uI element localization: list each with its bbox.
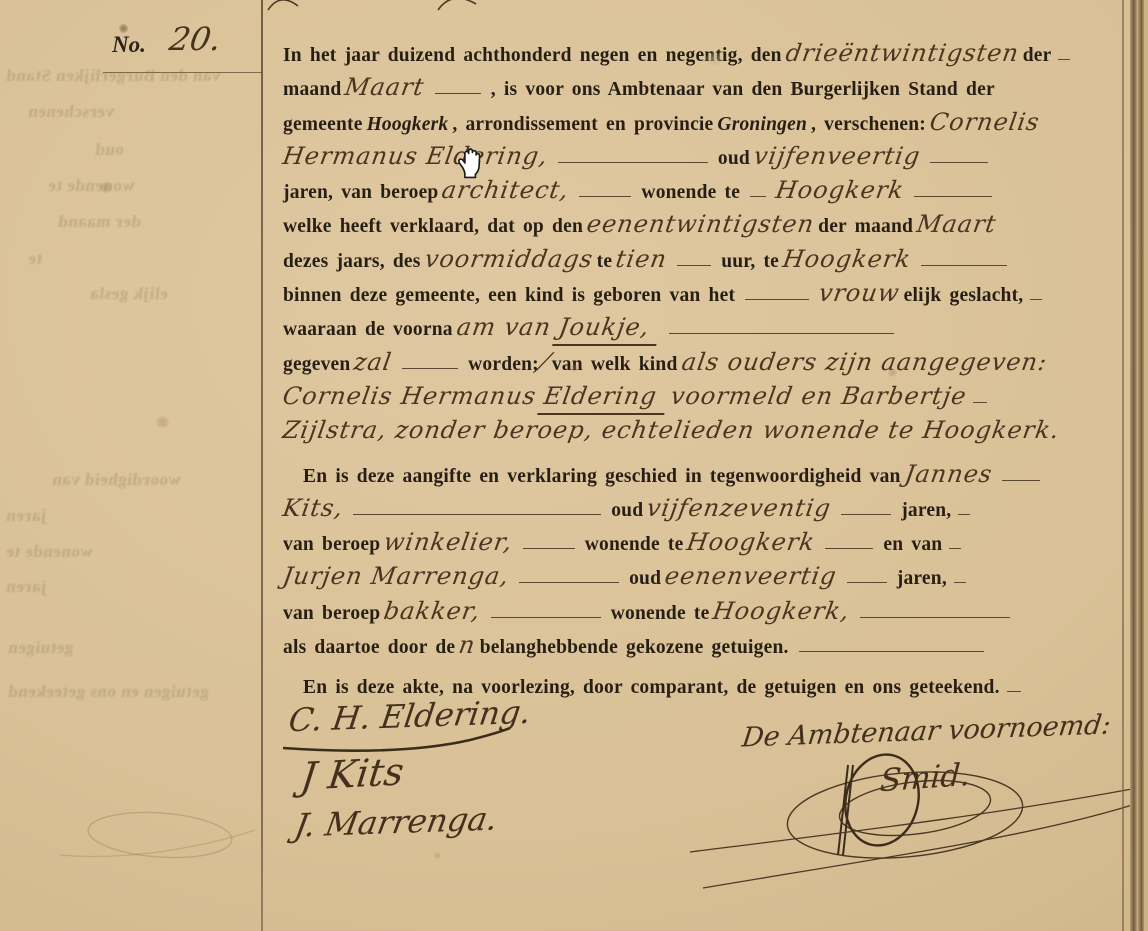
blank-rule <box>1002 468 1040 481</box>
bleedthrough-text: van den Burgerlijken Stand <box>5 66 222 86</box>
blank-rule <box>921 253 1007 266</box>
page-edge-line <box>1122 0 1124 931</box>
dash-rule <box>958 502 970 515</box>
handwritten-text: winkelier, <box>382 525 516 559</box>
printed-text: van beroep <box>283 534 380 555</box>
bleedthrough-text: jaren <box>5 577 48 597</box>
act-body-text: In het jaar duizend achthonderd negen en… <box>283 36 1111 706</box>
act-line: In het jaar duizend achthonderd negen en… <box>283 36 1111 70</box>
bleedthrough-text: wonende te <box>5 542 94 562</box>
blank-rule <box>799 639 984 652</box>
printed-text: En is deze akte, na voorlezing, door com… <box>303 677 1000 698</box>
act-line: gegeven zal worden; ⁄ van welk kind als … <box>283 345 1111 379</box>
paper-stain <box>888 368 897 377</box>
printed-text: jaren, <box>897 568 947 589</box>
dash-rule <box>1030 287 1042 300</box>
handwritten-text: drieëntwintigsten <box>783 36 1021 70</box>
handwritten-underlined-text: Joukje, <box>552 310 662 346</box>
signature-witness-1: J Kits <box>298 749 406 799</box>
blank-rule <box>825 536 873 549</box>
act-line: welke heeft verklaard, dat op den eenent… <box>283 207 1111 241</box>
blank-rule <box>435 81 481 94</box>
handwritten-text: Hoogkerk <box>685 525 818 559</box>
page-edge-strip <box>1144 0 1148 931</box>
signature-official: Smid. <box>879 757 972 800</box>
blank-rule <box>841 502 891 515</box>
act-line: maand Maart , is voor ons Ambtenaar van … <box>283 70 1111 104</box>
printed-italic-text: Groningen <box>717 114 807 135</box>
handwritten-text: Cornelis <box>927 105 1042 139</box>
blank-rule <box>860 605 1010 618</box>
paper-stain <box>434 852 441 859</box>
printed-text: belanghebbende gekozene getuigen. <box>480 637 789 658</box>
bleedthrough-text: getuigen en ons geteekend <box>7 682 210 702</box>
bleedthrough-text: der maand <box>57 212 142 232</box>
blank-rule <box>558 150 708 163</box>
handwritten-text: voormiddags <box>422 242 596 276</box>
act-line: als daartoe door de n belanghebbende gek… <box>283 628 1111 662</box>
printed-text: maand <box>283 79 341 100</box>
printed-text: te <box>597 251 613 272</box>
act-line: waaraan de voorna am van Joukje, <box>283 310 1111 344</box>
printed-text: worden; <box>468 354 539 375</box>
printed-text: uur, te <box>721 251 779 272</box>
page-binding-edge <box>1130 0 1144 931</box>
open-hand-cursor-icon <box>452 145 488 181</box>
margin-divider-rule <box>261 0 263 931</box>
printed-text: wonende te <box>585 534 684 555</box>
handwritten-text: vijfenveertig <box>751 139 923 173</box>
act-number-value: 20. <box>167 20 225 58</box>
handwritten-text: tien <box>613 242 669 276</box>
handwritten-text: Hoogkerk <box>780 242 913 276</box>
printed-text: oud <box>718 148 750 169</box>
printed-text: , is voor ons Ambtenaar van den Burgerli… <box>491 79 995 100</box>
printed-text: jaren, <box>901 500 951 521</box>
bleedthrough-text: getuigen <box>7 638 74 658</box>
paper-stain <box>156 416 169 428</box>
dash-rule <box>949 536 961 549</box>
bleedthrough-text: verschenen <box>27 102 115 122</box>
handwritten-text: als ouders zijn aangegeven: <box>679 345 1050 379</box>
handwritten-text: Hoogkerk <box>773 173 906 207</box>
printed-text: En is deze aangifte en verklaring geschi… <box>303 466 901 487</box>
handwritten-text: bakker, <box>382 594 484 628</box>
handwritten-text: Maart <box>914 207 999 241</box>
act-line: Cornelis Hermanus Eldering voormeld en B… <box>283 379 1111 413</box>
blank-rule <box>519 570 619 583</box>
printed-text: binnen deze gemeente, een kind is gebore… <box>283 285 735 306</box>
printed-text: gegeven <box>283 354 350 375</box>
printed-text: der <box>1023 45 1052 66</box>
blank-rule <box>847 570 887 583</box>
signature-father: C. H. Eldering. <box>286 693 533 740</box>
printed-text: , verschenen: <box>811 114 926 135</box>
printed-text: oud <box>611 500 643 521</box>
printed-text: en van <box>883 534 942 555</box>
printed-text: dezes jaars, des <box>283 251 421 272</box>
dash-rule <box>954 570 966 583</box>
bleedthrough-text: oud <box>94 140 125 160</box>
handwritten-text: eenenveertig <box>662 559 839 593</box>
handwritten-text: Kits, <box>280 491 346 525</box>
act-line: dezes jaars, des voormiddags te tien uur… <box>283 242 1111 276</box>
printed-text: wonende te <box>641 182 740 203</box>
blank-rule <box>930 150 988 163</box>
printed-text: , arrondissement en provincie <box>452 114 713 135</box>
blank-rule <box>677 253 711 266</box>
handwritten-text: Hoogkerk, <box>711 594 853 628</box>
handwritten-text: am van <box>454 310 553 344</box>
act-line: binnen deze gemeente, een kind is gebore… <box>283 276 1111 310</box>
act-line: Zijlstra, zonder beroep, echtelieden won… <box>283 413 1111 447</box>
dash-rule <box>973 390 987 403</box>
act-number-label: No. <box>112 32 146 58</box>
act-line: jaren, van beroep architect, wonende te … <box>283 173 1111 207</box>
handwritten-text: n <box>457 628 479 662</box>
handwritten-text: ⁄ <box>540 345 550 379</box>
handwritten-underlined-text: Eldering <box>537 379 669 415</box>
blank-rule <box>745 287 809 300</box>
blank-rule <box>523 536 575 549</box>
printed-text: elijk geslacht, <box>904 285 1024 306</box>
printed-text: oud <box>629 568 661 589</box>
paper-stain <box>119 24 128 33</box>
handwritten-text: Cornelis Hermanus <box>280 379 539 413</box>
printed-text: wonende te <box>611 603 710 624</box>
handwritten-text: Hermanus Eldering, <box>280 139 550 173</box>
act-line: Jurjen Marrenga, oud eenenveertig jaren, <box>283 559 1111 593</box>
birth-certificate-scan: No. 20. van den Burgerlijken Standversch… <box>0 0 1148 931</box>
dash-rule <box>1007 679 1021 692</box>
blank-rule <box>491 605 601 618</box>
handwritten-text: zal <box>352 345 395 379</box>
printed-italic-text: Hoogkerk <box>367 114 449 135</box>
bleedthrough-text: jaren <box>5 506 48 526</box>
printed-text: jaren, van beroep <box>283 182 438 203</box>
dash-rule <box>1058 47 1070 60</box>
printed-text: van beroep <box>283 603 380 624</box>
bleedthrough-text: te <box>27 249 43 269</box>
paper-stain <box>100 182 112 193</box>
act-line: En is deze aangifte en verklaring geschi… <box>283 457 1111 491</box>
handwritten-text: Zijlstra, zonder beroep, echtelieden won… <box>280 413 1062 447</box>
act-line: gemeente Hoogkerk , arrondissement en pr… <box>283 105 1111 139</box>
signature-witness-2: J. Marrenga. <box>292 799 501 844</box>
blank-rule <box>669 321 894 334</box>
bleedthrough-text: elijk gesla <box>89 284 169 304</box>
blank-rule <box>353 502 601 515</box>
act-line: Hermanus Eldering, oud vijfenveertig <box>283 139 1111 173</box>
handwritten-text: voormeld en Barbertje <box>668 379 969 413</box>
paper-stain <box>706 52 722 66</box>
handwritten-text: vrouw <box>816 276 902 310</box>
blank-rule <box>579 184 631 197</box>
handwritten-text: Jurjen Marrenga, <box>280 559 512 593</box>
blank-rule <box>402 356 458 369</box>
printed-text: welke heeft verklaard, dat op den <box>283 216 583 237</box>
paper-stain <box>570 364 578 372</box>
printed-text: der maand <box>818 216 913 237</box>
bleedthrough-text: wonende te <box>47 176 136 196</box>
handwritten-text: vijfenzeventig <box>645 491 834 525</box>
handwritten-text: Maart <box>343 70 428 104</box>
act-line: van beroep bakker, wonende te Hoogkerk, <box>283 594 1111 628</box>
official-closing-label: De Ambtenaar voornoemd: <box>740 709 1112 753</box>
handwritten-text: Jannes <box>902 457 995 491</box>
bleedthrough-text: woordigheid van <box>51 470 182 490</box>
act-line: Kits, oud vijfenzeventig jaren, <box>283 491 1111 525</box>
handwritten-text: eenentwintigsten <box>584 207 817 241</box>
printed-text: gemeente <box>283 114 363 135</box>
printed-text: waaraan de voorna <box>283 319 453 340</box>
blank-rule <box>750 184 766 197</box>
blank-rule <box>914 184 992 197</box>
act-line: van beroep winkelier, wonende te Hoogker… <box>283 525 1111 559</box>
printed-text: als daartoe door de <box>283 637 455 658</box>
